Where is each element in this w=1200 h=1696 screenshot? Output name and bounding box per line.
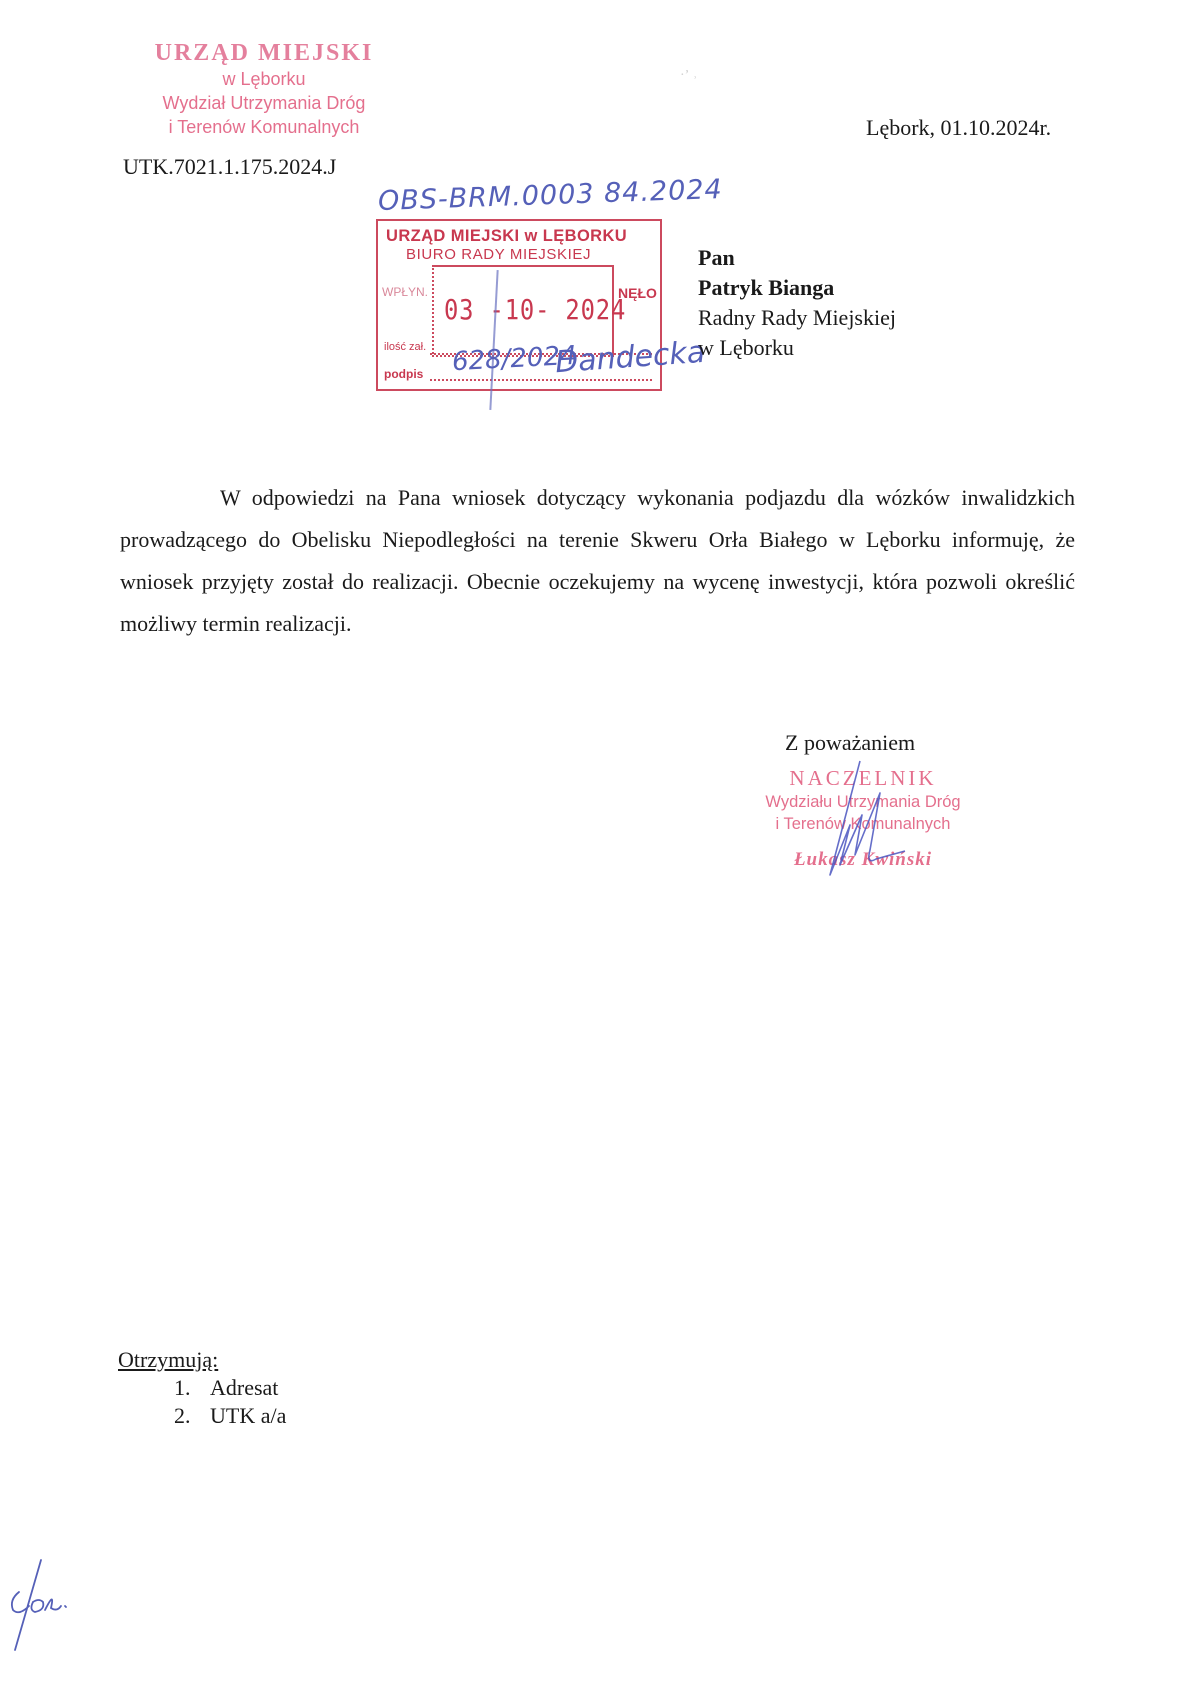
registration-stamp-bureau: BIURO RADY MIEJSKIEJ <box>406 246 591 263</box>
registration-received-label: WPŁYN. <box>382 285 428 299</box>
attachments-label: ilość zał. <box>384 341 426 353</box>
registration-date: 03 -10- 2024 <box>444 293 626 326</box>
addressee-name: Patryk Bianga <box>698 273 896 303</box>
addressee-salutation: Pan <box>698 243 896 273</box>
stamp-city: w Lęborku <box>128 67 400 91</box>
place-and-date: Lębork, 01.10.2024r. <box>866 115 1051 141</box>
registration-stamp-office: URZĄD MIEJSKI w LĘBORKU <box>386 227 627 246</box>
recipient-item: UTK a/a <box>196 1402 286 1430</box>
stamp-office-name: URZĄD MIEJSKI <box>128 40 400 67</box>
addressee-city: w Lęborku <box>698 333 896 363</box>
closing-phrase: Z poważaniem <box>785 730 915 756</box>
recipients-header: Otrzymują: <box>118 1346 286 1374</box>
handwritten-signature-icon <box>800 755 930 895</box>
department-stamp: URZĄD MIEJSKI w Lęborku Wydział Utrzyman… <box>128 40 400 139</box>
recipient-item: Adresat <box>196 1374 286 1402</box>
handwritten-registration-number: OBS-BRM.0003 84.2024 <box>378 174 724 217</box>
handwritten-initials-icon <box>5 1550 75 1660</box>
stamp-department-cont: i Terenów Komunalnych <box>128 115 400 139</box>
reference-number: UTK.7021.1.175.2024.J <box>123 154 336 180</box>
stamp-department: Wydział Utrzymania Dróg <box>128 91 400 115</box>
signature-label: podpis <box>384 367 423 381</box>
recipients-list: Otrzymują: Adresat UTK a/a <box>118 1346 286 1430</box>
scan-smudge: ·ʼ ˒ <box>680 68 698 84</box>
registration-right-label: NĘŁO <box>618 285 657 301</box>
addressee-block: Pan Patryk Bianga Radny Rady Miejskiej w… <box>698 243 896 363</box>
letter-body: W odpowiedzi na Pana wniosek dotyczący w… <box>120 477 1075 645</box>
signature-dotted-line <box>430 379 652 381</box>
addressee-role: Radny Rady Miejskiej <box>698 303 896 333</box>
